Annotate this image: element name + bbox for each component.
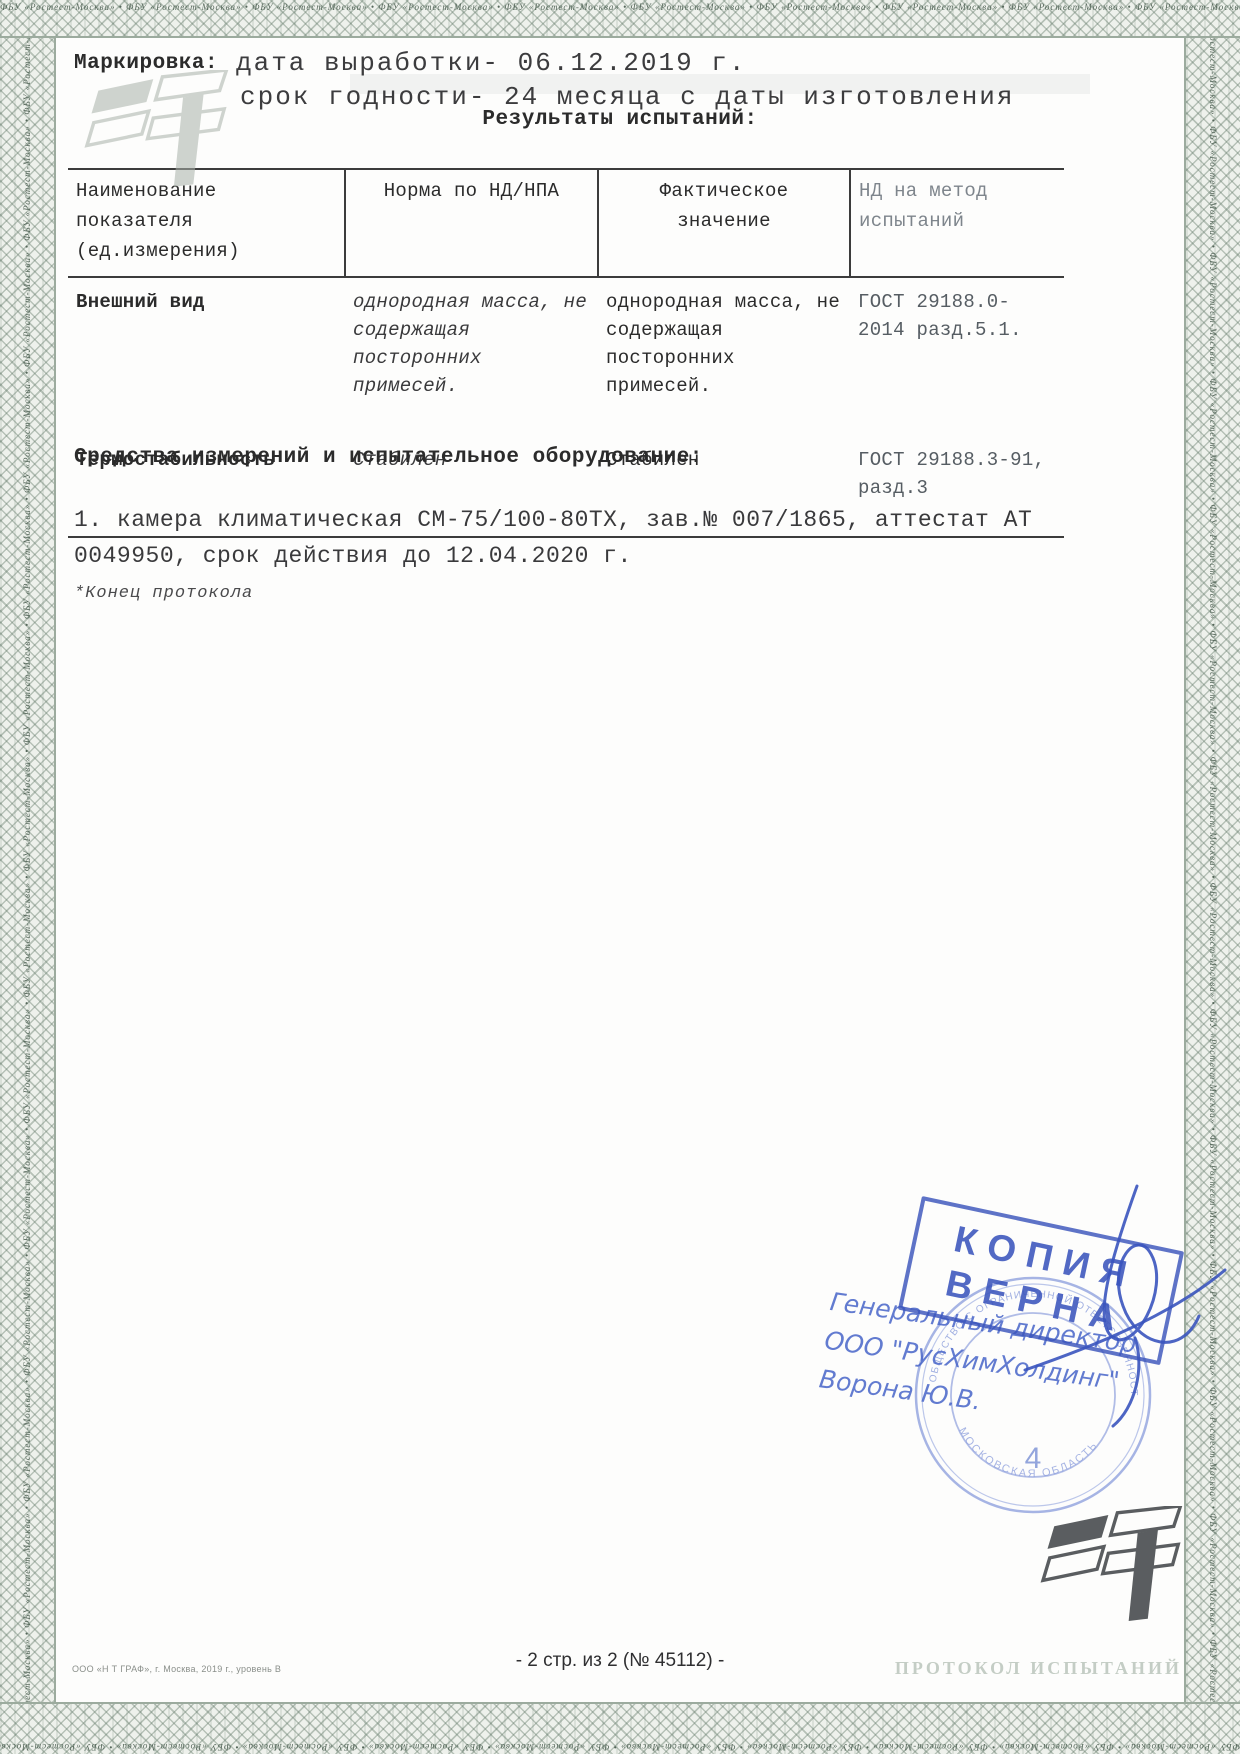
marking-production-date: дата выработки- 06.12.2019 г. [236,48,746,78]
border-bottom: ФБУ «Ростест-Москва» • ФБУ «Ростест-Моск… [0,1702,1240,1754]
border-right-text: ФБУ «Ростест-Москва» • ФБУ «Ростест-Моск… [1206,0,1220,1754]
column-header-method: НД на метод испытаний [850,169,1064,277]
table-row: Внешний вид однородная масса, не содержа… [68,277,1064,408]
end-of-protocol-note: *Конец протокола [74,584,253,603]
rostest-logo-icon [84,70,234,205]
equipment-item: 1. камера климатическая СМ-75/100-80ТХ, … [74,502,1032,574]
signature-stroke [985,1158,1235,1458]
row-actual: однородная масса, не содержащая посторон… [598,277,850,408]
results-table: Наименование показателя (ед.измерения) Н… [68,168,1064,538]
border-left-text: ФБУ «Ростест-Москва» • ФБУ «Ростест-Моск… [20,0,34,1754]
rostest-logo-icon [1040,1506,1188,1639]
protocol-watermark: ПРОТОКОЛ ИСПЫТАНИЙ [895,1658,1182,1679]
row-indicator: Внешний вид [68,277,345,408]
border-top-text: ФБУ «Ростест-Москва» • ФБУ «Ростест-Моск… [0,2,1240,12]
border-right: ФБУ «Ростест-Москва» • ФБУ «Ростест-Моск… [1184,0,1240,1754]
protocol-page: ФБУ «Ростест-Москва» • ФБУ «Ростест-Моск… [0,0,1240,1754]
border-top: ФБУ «Ростест-Москва» • ФБУ «Ростест-Моск… [0,0,1240,38]
equipment-title: Средства измерений и испытательное обору… [74,446,703,469]
border-bottom-text: ФБУ «Ростест-Москва» • ФБУ «Ростест-Моск… [0,1742,1240,1752]
row-method: ГОСТ 29188.0-2014 разд.5.1. [850,277,1064,408]
column-header-actual: Фактическое значение [598,169,850,277]
border-left: ФБУ «Ростест-Москва» • ФБУ «Ростест-Моск… [0,0,56,1754]
row-norm: однородная масса, не содержащая посторон… [345,277,598,408]
column-header-norm: Норма по НД/НПА [345,169,598,277]
